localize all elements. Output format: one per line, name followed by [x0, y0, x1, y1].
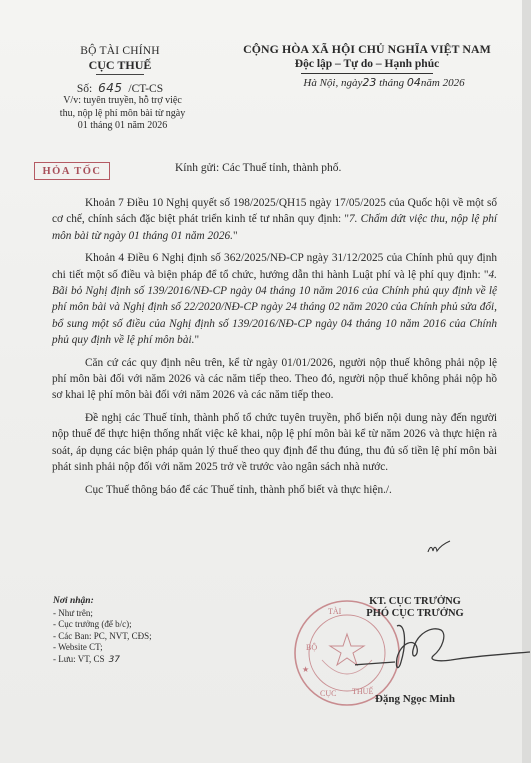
recipients-list: Nơi nhận: - Như trên; - Cục trưởng (để b… [53, 596, 152, 666]
place-prefix: Hà Nội, ngày [303, 77, 362, 89]
subject-line: 01 tháng 01 năm 2026 [40, 120, 205, 133]
day-handwritten: 23 [362, 76, 376, 89]
motto-underline [301, 73, 433, 74]
doc-number-handwritten: 645 [98, 81, 122, 95]
national-motto: Độc lập – Tự do – Hạnh phúc [212, 58, 522, 70]
paragraph-5: Cục Thuế thông báo để các Thuế tỉnh, thà… [52, 482, 497, 498]
recipient-item: - Như trên; [53, 608, 152, 620]
recipient-line: Kính gửi: Các Thuế tỉnh, thành phố. [175, 162, 341, 174]
nation-title: CỘNG HÒA XÃ HỘI CHỦ NGHĨA VIỆT NAM [212, 42, 522, 57]
recipient-item: - Cục trưởng (để b/c); [53, 619, 152, 631]
month-handwritten: 04 [407, 76, 421, 89]
signature-line-1: KT. CỤC TRƯỞNG [330, 596, 500, 608]
svg-text:★: ★ [302, 665, 309, 674]
handwritten-signature-icon [355, 622, 530, 674]
svg-text:BỘ: BỘ [306, 642, 317, 652]
document-body: Khoản 7 Điều 10 Nghị quyết số 198/2025/Q… [52, 195, 497, 504]
document-subject: V/v: tuyên truyền, hỗ trợ việc thu, nộp … [40, 95, 205, 133]
paragraph-4: Đề nghị các Thuế tỉnh, thành phố tổ chức… [52, 410, 497, 476]
recipient-item: - Các Ban: PC, NVT, CĐS; [53, 631, 152, 643]
urgent-stamp: HỎA TỐC [34, 162, 110, 180]
quote-mark: " [194, 334, 199, 346]
archive-text: - Lưu: VT, CS [53, 654, 105, 664]
ministry-name: BỘ TÀI CHÍNH [40, 44, 200, 58]
archive-handwritten: 37 [109, 655, 120, 665]
handwritten-tick-icon [427, 540, 451, 554]
agency-underline [96, 74, 144, 75]
paragraph-text: Khoản 4 Điều 6 Nghị định số 362/2025/NĐ-… [52, 252, 497, 280]
subject-line: V/v: tuyên truyền, hỗ trợ việc [40, 95, 205, 108]
paragraph-2: Khoản 4 Điều 6 Nghị định số 362/2025/NĐ-… [52, 250, 497, 348]
document-number: Số: 645 /CT-CS [40, 81, 200, 95]
department-name: CỤC THUẾ [40, 58, 200, 72]
month-label: tháng [379, 77, 404, 89]
paragraph-1: Khoản 7 Điều 10 Nghị quyết số 198/2025/Q… [52, 195, 497, 244]
year-text: năm 2026 [421, 77, 465, 89]
national-header: CỘNG HÒA XÃ HỘI CHỦ NGHĨA VIỆT NAM Độc l… [212, 8, 522, 74]
doc-number-label: Số: [77, 83, 92, 95]
signature-line-2: PHÓ CỤC TRƯỞNG [330, 608, 500, 620]
recipients-heading: Nơi nhận: [53, 596, 152, 608]
signer-name: Đặng Ngọc Minh [330, 693, 500, 705]
recipient-item: - Lưu: VT, CS37 [53, 654, 152, 667]
subject-line: thu, nộp lệ phí môn bài từ ngày [40, 108, 205, 121]
quote-mark: " [233, 230, 238, 242]
signature-title: KT. CỤC TRƯỞNG PHÓ CỤC TRƯỞNG [330, 596, 500, 620]
place-date: Hà Nội, ngày23 tháng 04năm 2026 [254, 76, 514, 89]
paragraph-3: Căn cứ các quy định nêu trên, kể từ ngày… [52, 355, 497, 404]
doc-number-suffix: /CT-CS [128, 83, 163, 95]
issuing-agency: BỘ TÀI CHÍNH CỤC THUẾ [40, 44, 200, 75]
recipient-item: - Website CT; [53, 642, 152, 654]
